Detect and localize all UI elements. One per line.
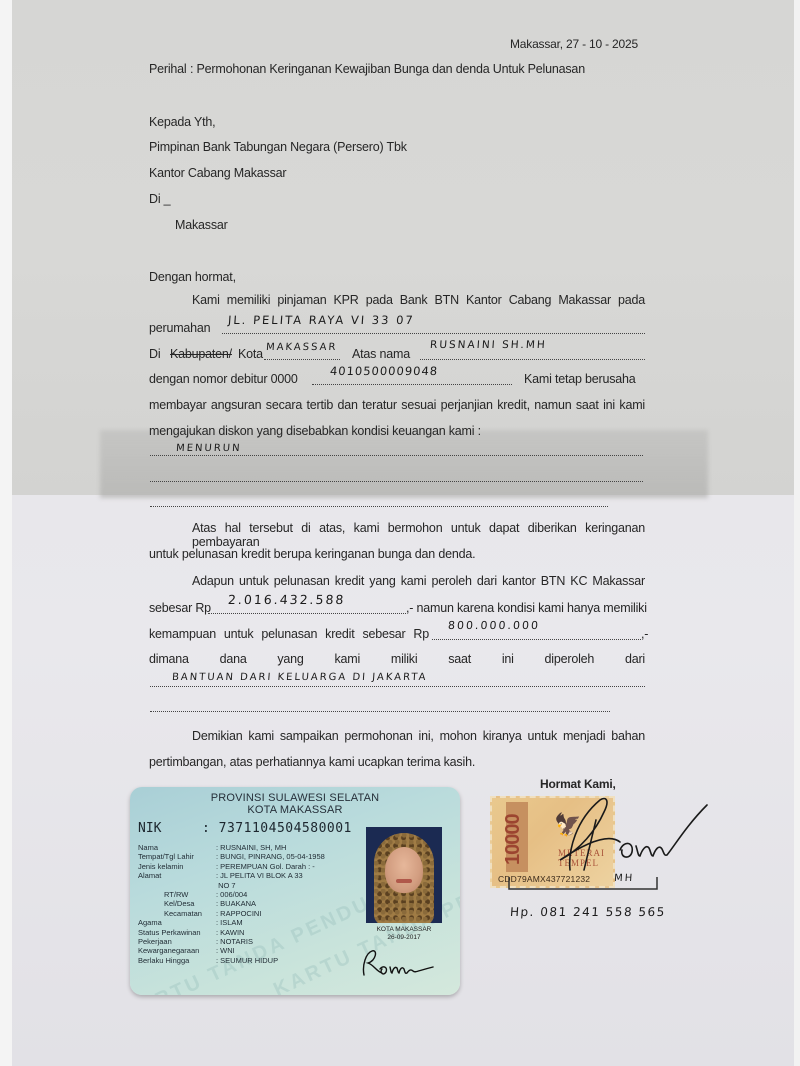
debitur-label: dengan nomor debitur 0000 [149,372,298,386]
id-card-issue-info: KOTA MAKASSAR 26-09-2017 [362,926,446,942]
id-card-field-row: Berlaku Hingga: SEUMUR HIDUP [138,956,278,965]
id-card-field-row: Nama: RUSNAINI, SH, MH [138,843,286,852]
kemampuan-line [432,639,641,640]
sebesar-value[interactable]: 2.016.432.588 [227,592,346,607]
id-card-field-label: Kewarganegaraan [138,946,216,955]
id-card-field-label: RT/RW [138,890,216,899]
salutation: Dengan hormat, [149,270,236,284]
id-card: KARTU TANDA PENDUDUK KARTU TANDA PENDUDU… [130,787,460,995]
id-card-field-value: : RUSNAINI, SH, MH [216,843,286,852]
id-card-field-row: Pekerjaan: NOTARIS [138,937,253,946]
id-card-province: PROVINSI SULAWESI SELATAN [130,792,460,804]
stamp-value: 10000 [502,810,538,870]
kota-value[interactable]: MAKASSAR [266,342,338,353]
id-card-field-label: Status Perkawinan [138,928,216,937]
subject: : Permohonan Keringanan Kewajiban Bunga … [190,62,585,76]
id-card-field-value: : 006/004 [216,890,247,899]
source-line-2 [150,711,610,712]
id-card-signature [358,947,448,981]
nik-value: : 7371104504580001 [202,821,352,836]
id-card-field-value: : NOTARIS [216,937,253,946]
para4-line2: pertimbangan, atas perhatiannya kami uca… [149,755,475,769]
recipient-greeting: Kepada Yth, [149,115,215,129]
perumahan-line [222,333,645,334]
para3-line1: Adapun untuk pelunasan kredit yang kami … [192,574,645,588]
recipient-line1: Pimpinan Bank Tabungan Negara (Persero) … [149,140,407,154]
id-card-field-row: Kewarganegaraan: WNI [138,946,235,955]
id-card-field-value: : BUAKANA [216,899,256,908]
para1-line1: Kami memiliki pinjaman KPR pada Bank BTN… [192,293,645,307]
id-card-field-label: Alamat [138,871,216,880]
id-card-field-value: : RAPPOCINI [216,909,261,918]
id-card-field-value: : WNI [216,946,235,955]
debitur-value[interactable]: 4010500009048 [330,364,439,378]
signature [540,790,720,880]
id-card-field-row: Kecamatan: RAPPOCINI [138,909,261,918]
para2-line2: untuk pelunasan kredit berupa keringanan… [149,547,475,561]
reason-value[interactable]: MENURUN [176,443,242,454]
recipient-line4: Makassar [175,218,228,232]
id-card-field-label: Agama [138,918,216,927]
place-date: Makassar, 27 - 10 - 2025 [510,37,638,51]
id-card-field-row: Agama: ISLAM [138,918,243,927]
perumahan-label: perumahan [149,321,210,335]
reason-line-3 [150,506,608,507]
id-card-field-row: Kel/Desa: BUAKANA [138,899,256,908]
source-line-1 [150,686,645,687]
sebesar-line [208,613,406,614]
id-card-field-label: Kel/Desa [138,899,216,908]
id-card-city: KOTA MAKASSAR [130,804,460,816]
reason-line-2 [150,481,643,482]
nik-label: NIK [138,821,161,836]
id-card-field-label: Jenis kelamin [138,862,216,871]
id-card-field-value: : JL PELITA VI BLOK A 33 [216,871,303,880]
sebesar-tail: ,- namun karena kondisi kami hanya memil… [406,601,647,615]
id-card-field-row: NO 7 [138,881,236,890]
kota-label: Kota [238,347,263,361]
perumahan-value[interactable]: JL. PELITA RAYA VI 33 07 [228,313,416,327]
kemampuan-label: kemampuan untuk pelunasan kredit sebesar… [149,627,429,641]
id-card-field-value: : BUNGI, PINRANG, 05-04-1958 [216,852,325,861]
id-card-field-row: Jenis kelamin: PEREMPUAN Gol. Darah : - [138,862,315,871]
id-card-field-value: : PEREMPUAN Gol. Darah : - [216,862,315,871]
atas-nama-label: Atas nama [352,347,410,361]
debitur-line [312,384,512,385]
id-card-field-row: Status Perkawinan: KAWIN [138,928,244,937]
kemampuan-tail: ,- [641,627,648,641]
id-card-field-row: Alamat: JL PELITA VI BLOK A 33 [138,871,303,880]
di-label: Di [149,347,160,361]
atas-nama-value[interactable]: RUSNAINI SH.MH [430,339,548,351]
id-card-field-label: Nama [138,843,216,852]
para4-line1: Demikian kami sampaikan permohonan ini, … [192,729,645,743]
closing: Hormat Kami, [540,777,616,791]
id-card-field-row: RT/RW: 006/004 [138,890,247,899]
id-card-field-label: Kecamatan [138,909,216,918]
kabupaten-struck: Kabupaten/ [170,347,232,361]
sebesar-label: sebesar Rp [149,601,211,615]
id-card-field-value: : SEUMUR HIDUP [216,956,278,965]
kota-line [264,359,340,360]
paper-shadow [100,430,708,498]
id-card-field-value: : ISLAM [216,918,243,927]
issue-date: 26-09-2017 [362,934,446,942]
phone: Hp. 081 241 558 565 [510,905,667,919]
recipient-line2: Kantor Cabang Makassar [149,166,286,180]
id-card-field-value: NO 7 [216,881,236,890]
reason-line-1 [150,455,643,456]
right-margin [794,0,800,1066]
kemampuan-value[interactable]: 800.000.000 [448,619,541,632]
issue-city: KOTA MAKASSAR [362,926,446,934]
atas-nama-line [420,359,645,360]
debitur-tail: Kami tetap berusaha [524,372,636,386]
id-card-field-row: Tempat/Tgl Lahir: BUNGI, PINRANG, 05-04-… [138,852,325,861]
id-card-field-value: : KAWIN [216,928,244,937]
para3-line4: dimana dana yang kami miliki saat ini di… [149,652,645,666]
para2-line1: Atas hal tersebut di atas, kami bermohon… [192,521,645,549]
recipient-line3: Di _ [149,192,170,206]
id-card-field-label: Tempat/Tgl Lahir [138,852,216,861]
id-card-field-label: Berlaku Hingga [138,956,216,965]
left-margin [0,0,12,1066]
para1-line6: mengajukan diskon yang disebabkan kondis… [149,424,481,438]
subject-label: Perihal [149,62,187,76]
id-card-photo [366,827,442,923]
source-value[interactable]: BANTUAN DARI KELUARGA DI JAKARTA [172,672,428,683]
para1-line5: membayar angsuran secara tertib dan tera… [149,398,645,412]
id-card-field-label: Pekerjaan [138,937,216,946]
